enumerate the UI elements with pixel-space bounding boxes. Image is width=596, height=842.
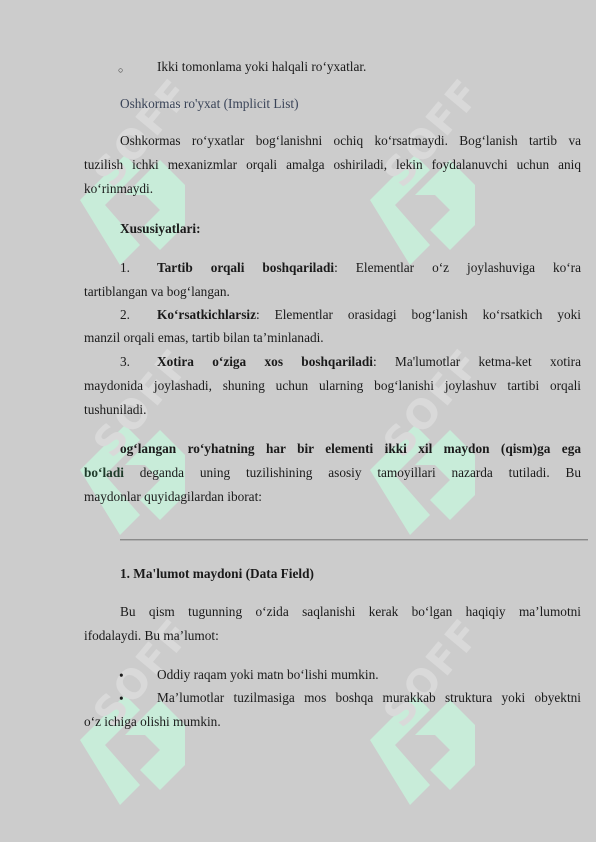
section-heading: Oshkormas ro'yxat (Implicit List) [120,96,299,112]
feature-number: 3. [120,354,130,370]
data-field-line: Bu qism tugunning o‘zida saqlanishi kera… [120,604,581,620]
bullet-text: Ma’lumotlar tuzilmasiga mos boshqa murak… [157,690,581,706]
feature-line: Tartib orqali boshqariladi: Elementlar o… [157,260,581,276]
feature-line: Xotira o‘ziga xos boshqariladi: Ma'lumot… [157,354,581,370]
intro-line: ko‘rinmaydi. [84,181,153,197]
feature-line: tushuniladi. [84,402,146,418]
structure-bold-word: bo‘ladi [84,465,124,480]
bullet-marker: • [119,691,124,707]
feature-number: 1. [120,260,130,276]
feature-title: Xotira o‘ziga xos boshqariladi [157,354,373,369]
feature-title: Ko‘rsatkichlarsiz [157,307,256,322]
bullet-text: o‘z ichiga olishi mumkin. [84,714,221,730]
feature-desc: : Elementlar o‘z joylashuviga ko‘ra [334,260,581,275]
data-field-line: ifodalaydi. Bu ma’lumot: [84,628,219,644]
feature-line: maydonida joylashadi, shuning uchun ular… [84,378,581,394]
structure-line: og‘langan ro‘yhatning har bir elementi i… [120,441,581,457]
document-page: ○ Ikki tomonlama yoki halqali ro‘yxatlar… [0,0,596,842]
feature-line: Ko‘rsatkichlarsiz: Elementlar orasidagi … [157,307,581,323]
structure-rest: deganda uning tuzilishining asosiy tamoy… [124,465,581,480]
features-heading: Xususiyatlari: [120,221,201,237]
horizontal-divider [120,539,588,541]
data-field-heading: 1. Ma'lumot maydoni (Data Field) [120,566,314,582]
structure-line: bo‘ladi deganda uning tuzilishining asos… [84,465,581,481]
sub-bullet-text: Ikki tomonlama yoki halqali ro‘yxatlar. [157,59,366,75]
bullet-marker: • [119,668,124,684]
feature-line: manzil orqali emas, tartib bilan ta’minl… [84,330,324,346]
feature-desc: : Ma'lumotlar ketma-ket xotira [373,354,581,369]
feature-line: tartiblangan va bog‘langan. [84,284,230,300]
bullet-text: Oddiy raqam yoki matn bo‘lishi mumkin. [157,667,379,683]
feature-desc: : Elementlar orasidagi bog‘lanish ko‘rsa… [256,307,581,322]
structure-line: maydonlar quyidagilardan iborat: [84,489,262,505]
feature-number: 2. [120,307,130,323]
sub-bullet-marker: ○ [118,62,123,78]
intro-line: Oshkormas ro‘yxatlar bog‘lanishni ochiq … [120,133,581,149]
intro-line: tuzilish ichki mexanizmlar orqali amalga… [84,157,581,173]
feature-title: Tartib orqali boshqariladi [157,260,334,275]
